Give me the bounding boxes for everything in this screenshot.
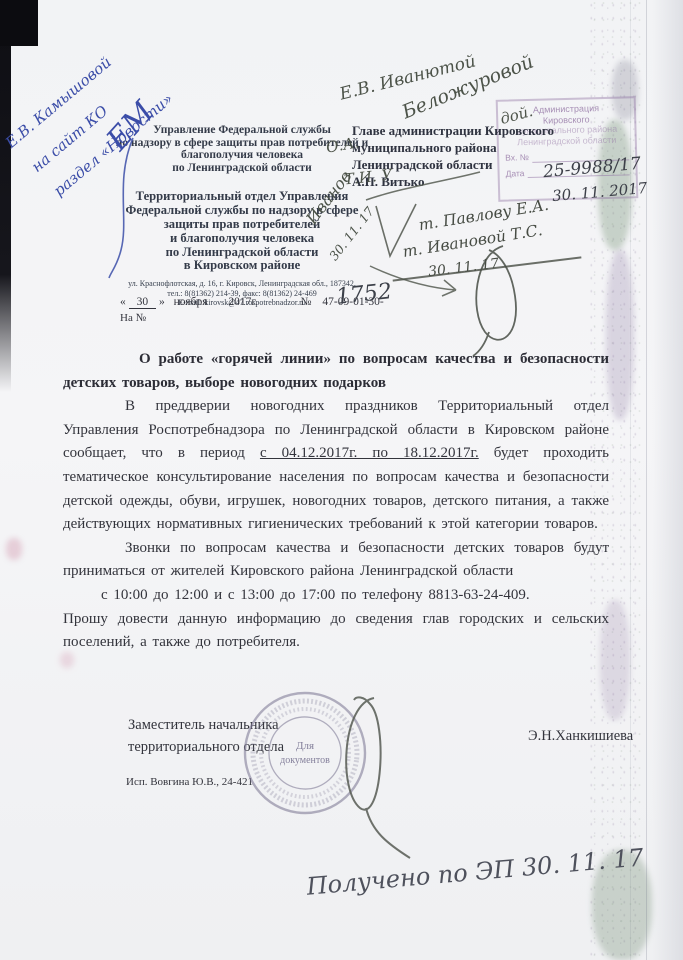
blue-signature-tail bbox=[95, 120, 155, 280]
date-quote-close: » bbox=[159, 296, 165, 308]
paper-fold-line bbox=[646, 0, 647, 960]
signatory-signature-stroke bbox=[330, 682, 440, 872]
date-month: ноября bbox=[174, 296, 208, 308]
letter-body: О работе «горячей линии» по вопросам кач… bbox=[63, 348, 609, 655]
executor-note: Исп. Вовгина Ю.В., 24-421 bbox=[126, 776, 253, 788]
paragraph-1: В преддверии новогодних праздников Терри… bbox=[63, 395, 609, 537]
round-stamp-center-text: Для bbox=[296, 740, 314, 752]
hotline-hours-phone: с 10:00 до 12:00 и с 13:00 до 17:00 по т… bbox=[63, 584, 609, 608]
outgoing-number-label: № bbox=[301, 296, 312, 308]
resolution-checkmark-stroke bbox=[372, 198, 422, 268]
date-day: 30 bbox=[129, 296, 157, 309]
addressee-line: муниципального района bbox=[352, 139, 572, 156]
paragraph-4: Прошу довести данную информацию до сведе… bbox=[63, 608, 609, 655]
scan-edge-shade bbox=[652, 0, 683, 960]
addressee-line: Главе администрации Кировского bbox=[352, 122, 572, 139]
scanned-letter-page: Управление Федеральной службы по надзору… bbox=[0, 0, 683, 960]
date-year: 2017г. bbox=[228, 296, 257, 308]
reply-to-number-label: На № bbox=[120, 312, 146, 324]
paragraph-2: Звонки по вопросам качества и безопаснос… bbox=[63, 537, 609, 584]
scanner-edge-corner bbox=[0, 0, 38, 46]
scan-smudge bbox=[6, 538, 22, 560]
consultation-period: с 04.12.2017г. по 18.12.2017г. bbox=[260, 445, 479, 461]
round-stamp-center-text: документов bbox=[280, 755, 330, 766]
date-quote-open: « bbox=[120, 296, 126, 308]
scanner-edge-strip bbox=[0, 0, 11, 392]
resolution-signature-stroke bbox=[455, 240, 545, 360]
signatory-name: Э.Н.Ханкишиева bbox=[528, 728, 633, 745]
